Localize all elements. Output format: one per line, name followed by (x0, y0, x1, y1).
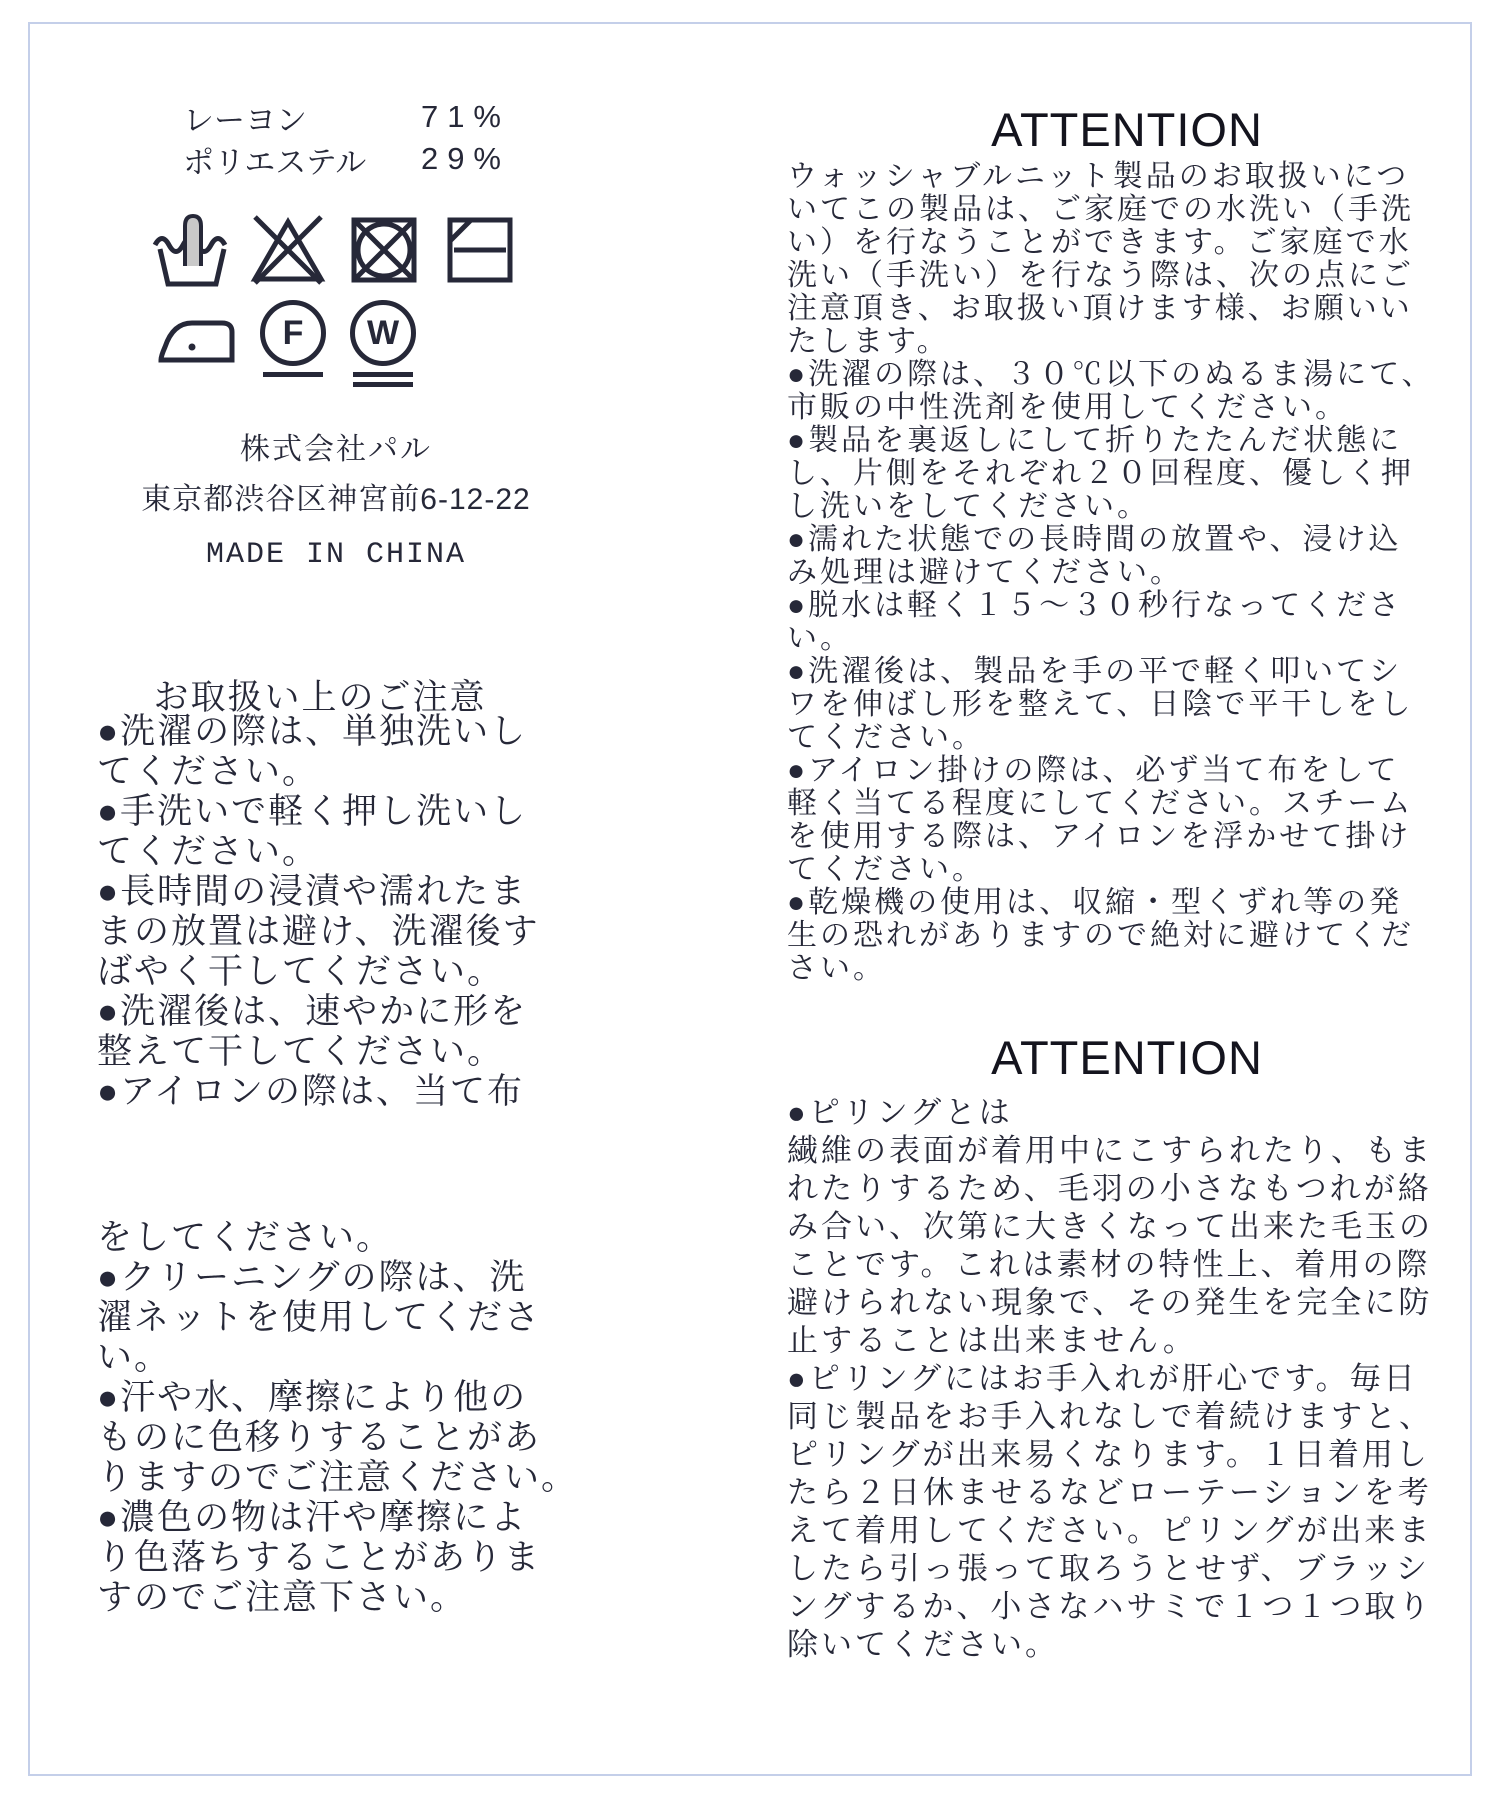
text-line: し、片側をそれぞれ２０回程度、優しく押 (787, 457, 1435, 490)
hand-wash-icon (150, 208, 234, 292)
manufacturer-block: 株式会社パル 東京都渋谷区神宮前6-12-22 MADE IN CHINA (40, 424, 632, 572)
text-line: ●洗濯後は、製品を手の平で軽く叩いてシ (787, 655, 1435, 688)
text-line: ものに色移りすることがあ (97, 1418, 578, 1458)
very-gentle-process-bar (353, 372, 413, 377)
text-line: したら引っ張って取ろうとせず、ブラッシ (787, 1550, 1433, 1588)
text-line: ●クリーニングの際は、洗 (97, 1258, 578, 1298)
text-line: 止することは出来ません。 (787, 1322, 1433, 1360)
country-of-origin: MADE IN CHINA (40, 538, 632, 572)
text-line: り色落ちすることがありま (97, 1538, 578, 1578)
text-line: み処理は避けてください。 (787, 556, 1435, 589)
iron-low-heat-icon (156, 300, 236, 366)
text-line: 洗い（手洗い）を行なう際は、次の点にご (787, 259, 1435, 292)
text-line: ●製品を裏返しにして折りたたんだ状態に (787, 424, 1435, 457)
do-not-bleach-icon (246, 208, 330, 292)
text-line: てください。 (787, 853, 1435, 886)
text-line: 生の恐れがありますので絶対に避けてくだ (787, 919, 1435, 952)
company-address: 東京都渋谷区神宮前6-12-22 (40, 474, 632, 518)
text-line: ●手洗いで軽く押し洗いし (97, 792, 540, 832)
text-line: えて着用してください。ピリングが出来ま (787, 1512, 1433, 1550)
text-line: ●脱水は軽く１５～３０秒行なってくださ (787, 589, 1435, 622)
text-line: い。 (787, 622, 1435, 655)
text-line: ●汗や水、摩擦により他の (97, 1378, 578, 1418)
material-percent: 29% (421, 141, 510, 177)
text-line: 繊維の表面が着用中にこすられたり、もま (787, 1132, 1433, 1170)
text-line: ●ピリングとは (787, 1094, 1433, 1132)
text-line: ●アイロン掛けの際は、必ず当て布をして (787, 754, 1435, 787)
text-line: ●洗濯後は、速やかに形を (97, 992, 540, 1032)
text-line: 避けられない現象で、その発生を完全に防 (787, 1284, 1433, 1322)
text-line: ●乾燥機の使用は、収縮・型くずれ等の発 (787, 886, 1435, 919)
text-line: すのでご注意下さい。 (97, 1578, 578, 1618)
gentle-process-bar (263, 372, 323, 377)
text-line: 軽く当てる程度にしてください。スチーム (787, 787, 1435, 820)
composition-row: レーヨン 71% (183, 96, 501, 138)
care-symbols-row-1 (150, 208, 522, 292)
text-line: ワを伸ばし形を整えて、日陰で平干しをし (787, 688, 1435, 721)
text-line: し洗いをしてください。 (787, 490, 1435, 523)
washable-knit-instructions: ウォッシャブルニット製品のお取扱いについてこの製品は、ご家庭での水洗い（手洗い）… (787, 160, 1435, 985)
material-name: レーヨン (183, 95, 307, 140)
text-line: 市販の中性洗剤を使用してください。 (787, 391, 1435, 424)
text-line: ことです。これは素材の特性上、着用の際 (787, 1246, 1433, 1284)
text-line: ●洗濯の際は、３０℃以下のぬるま湯にて、 (787, 358, 1435, 391)
text-line: 同じ製品をお手入れなしで着続けますと、 (787, 1398, 1433, 1436)
text-line: み合い、次第に大きくなって出来た毛玉の (787, 1208, 1433, 1246)
dry-clean-gentle-icon: F (260, 300, 326, 377)
text-line: ●濃色の物は汗や摩擦によ (97, 1498, 578, 1538)
text-line: ピリングが出来易くなります。１日着用し (787, 1436, 1433, 1474)
text-line: てください。 (787, 721, 1435, 754)
text-line: さい。 (787, 952, 1435, 985)
attention-heading-2: ATTENTION (787, 1030, 1467, 1085)
text-line: ウォッシャブルニット製品のお取扱いにつ (787, 160, 1435, 193)
flat-dry-in-shade-icon (438, 208, 522, 292)
text-line: ばやく干してください。 (97, 952, 540, 992)
text-line: てください。 (97, 832, 540, 872)
handling-notes-block-1: ●洗濯の際は、単独洗いしてください。●手洗いで軽く押し洗いしてください。●長時間… (97, 712, 540, 1112)
text-line: ●長時間の浸漬や濡れたま (97, 872, 540, 912)
text-line: ングするか、小さなハサミで１つ１つ取り (787, 1588, 1433, 1626)
handling-notes-block-2: をしてください。●クリーニングの際は、洗濯ネットを使用してください。●汗や水、摩… (97, 1218, 578, 1618)
attention-heading-1: ATTENTION (787, 102, 1467, 157)
text-line: たします。 (787, 325, 1435, 358)
text-line: をしてください。 (97, 1218, 578, 1258)
care-label-sheet: レーヨン 71% ポリエステル 29% (0, 0, 1500, 1800)
pilling-notes: ●ピリングとは繊維の表面が着用中にこすられたり、もまれたりするため、毛羽の小さな… (787, 1094, 1433, 1664)
do-not-tumble-dry-icon (342, 208, 426, 292)
text-line: い）を行なうことができます。ご家庭で水 (787, 226, 1435, 259)
company-name: 株式会社パル (40, 424, 632, 468)
text-line: 濯ネットを使用してくださ (97, 1298, 578, 1338)
text-line: れたりするため、毛羽の小さなもつれが絡 (787, 1170, 1433, 1208)
text-line: ●アイロンの際は、当て布 (97, 1072, 540, 1112)
text-line: 注意頂き、お取扱い頂けます様、お願いい (787, 292, 1435, 325)
very-gentle-process-bar (353, 382, 413, 387)
text-line: いてこの製品は、ご家庭での水洗い（手洗 (787, 193, 1435, 226)
text-line: たら２日休ませるなどローテーションを考 (787, 1474, 1433, 1512)
text-line: てください。 (97, 752, 540, 792)
composition-row: ポリエステル 29% (183, 138, 501, 180)
dry-clean-letter: F (260, 300, 326, 366)
care-symbols-row-2: F W (156, 300, 416, 387)
text-line: ●ピリングにはお手入れが肝心です。毎日 (787, 1360, 1433, 1398)
text-line: りますのでご注意ください。 (97, 1458, 578, 1498)
wet-clean-letter: W (350, 300, 416, 366)
text-line: まの放置は避け、洗濯後す (97, 912, 540, 952)
wet-clean-very-gentle-icon: W (350, 300, 416, 387)
text-line: ●洗濯の際は、単独洗いし (97, 712, 540, 752)
text-line: 整えて干してください。 (97, 1032, 540, 1072)
text-line: を使用する際は、アイロンを浮かせて掛け (787, 820, 1435, 853)
text-line: ●濡れた状態での長時間の放置や、浸け込 (787, 523, 1435, 556)
material-name: ポリエステル (183, 137, 366, 182)
text-line: い。 (97, 1338, 578, 1378)
material-percent: 71% (421, 99, 510, 135)
fabric-composition: レーヨン 71% ポリエステル 29% (183, 96, 501, 180)
text-line: 除いてください。 (787, 1626, 1433, 1664)
